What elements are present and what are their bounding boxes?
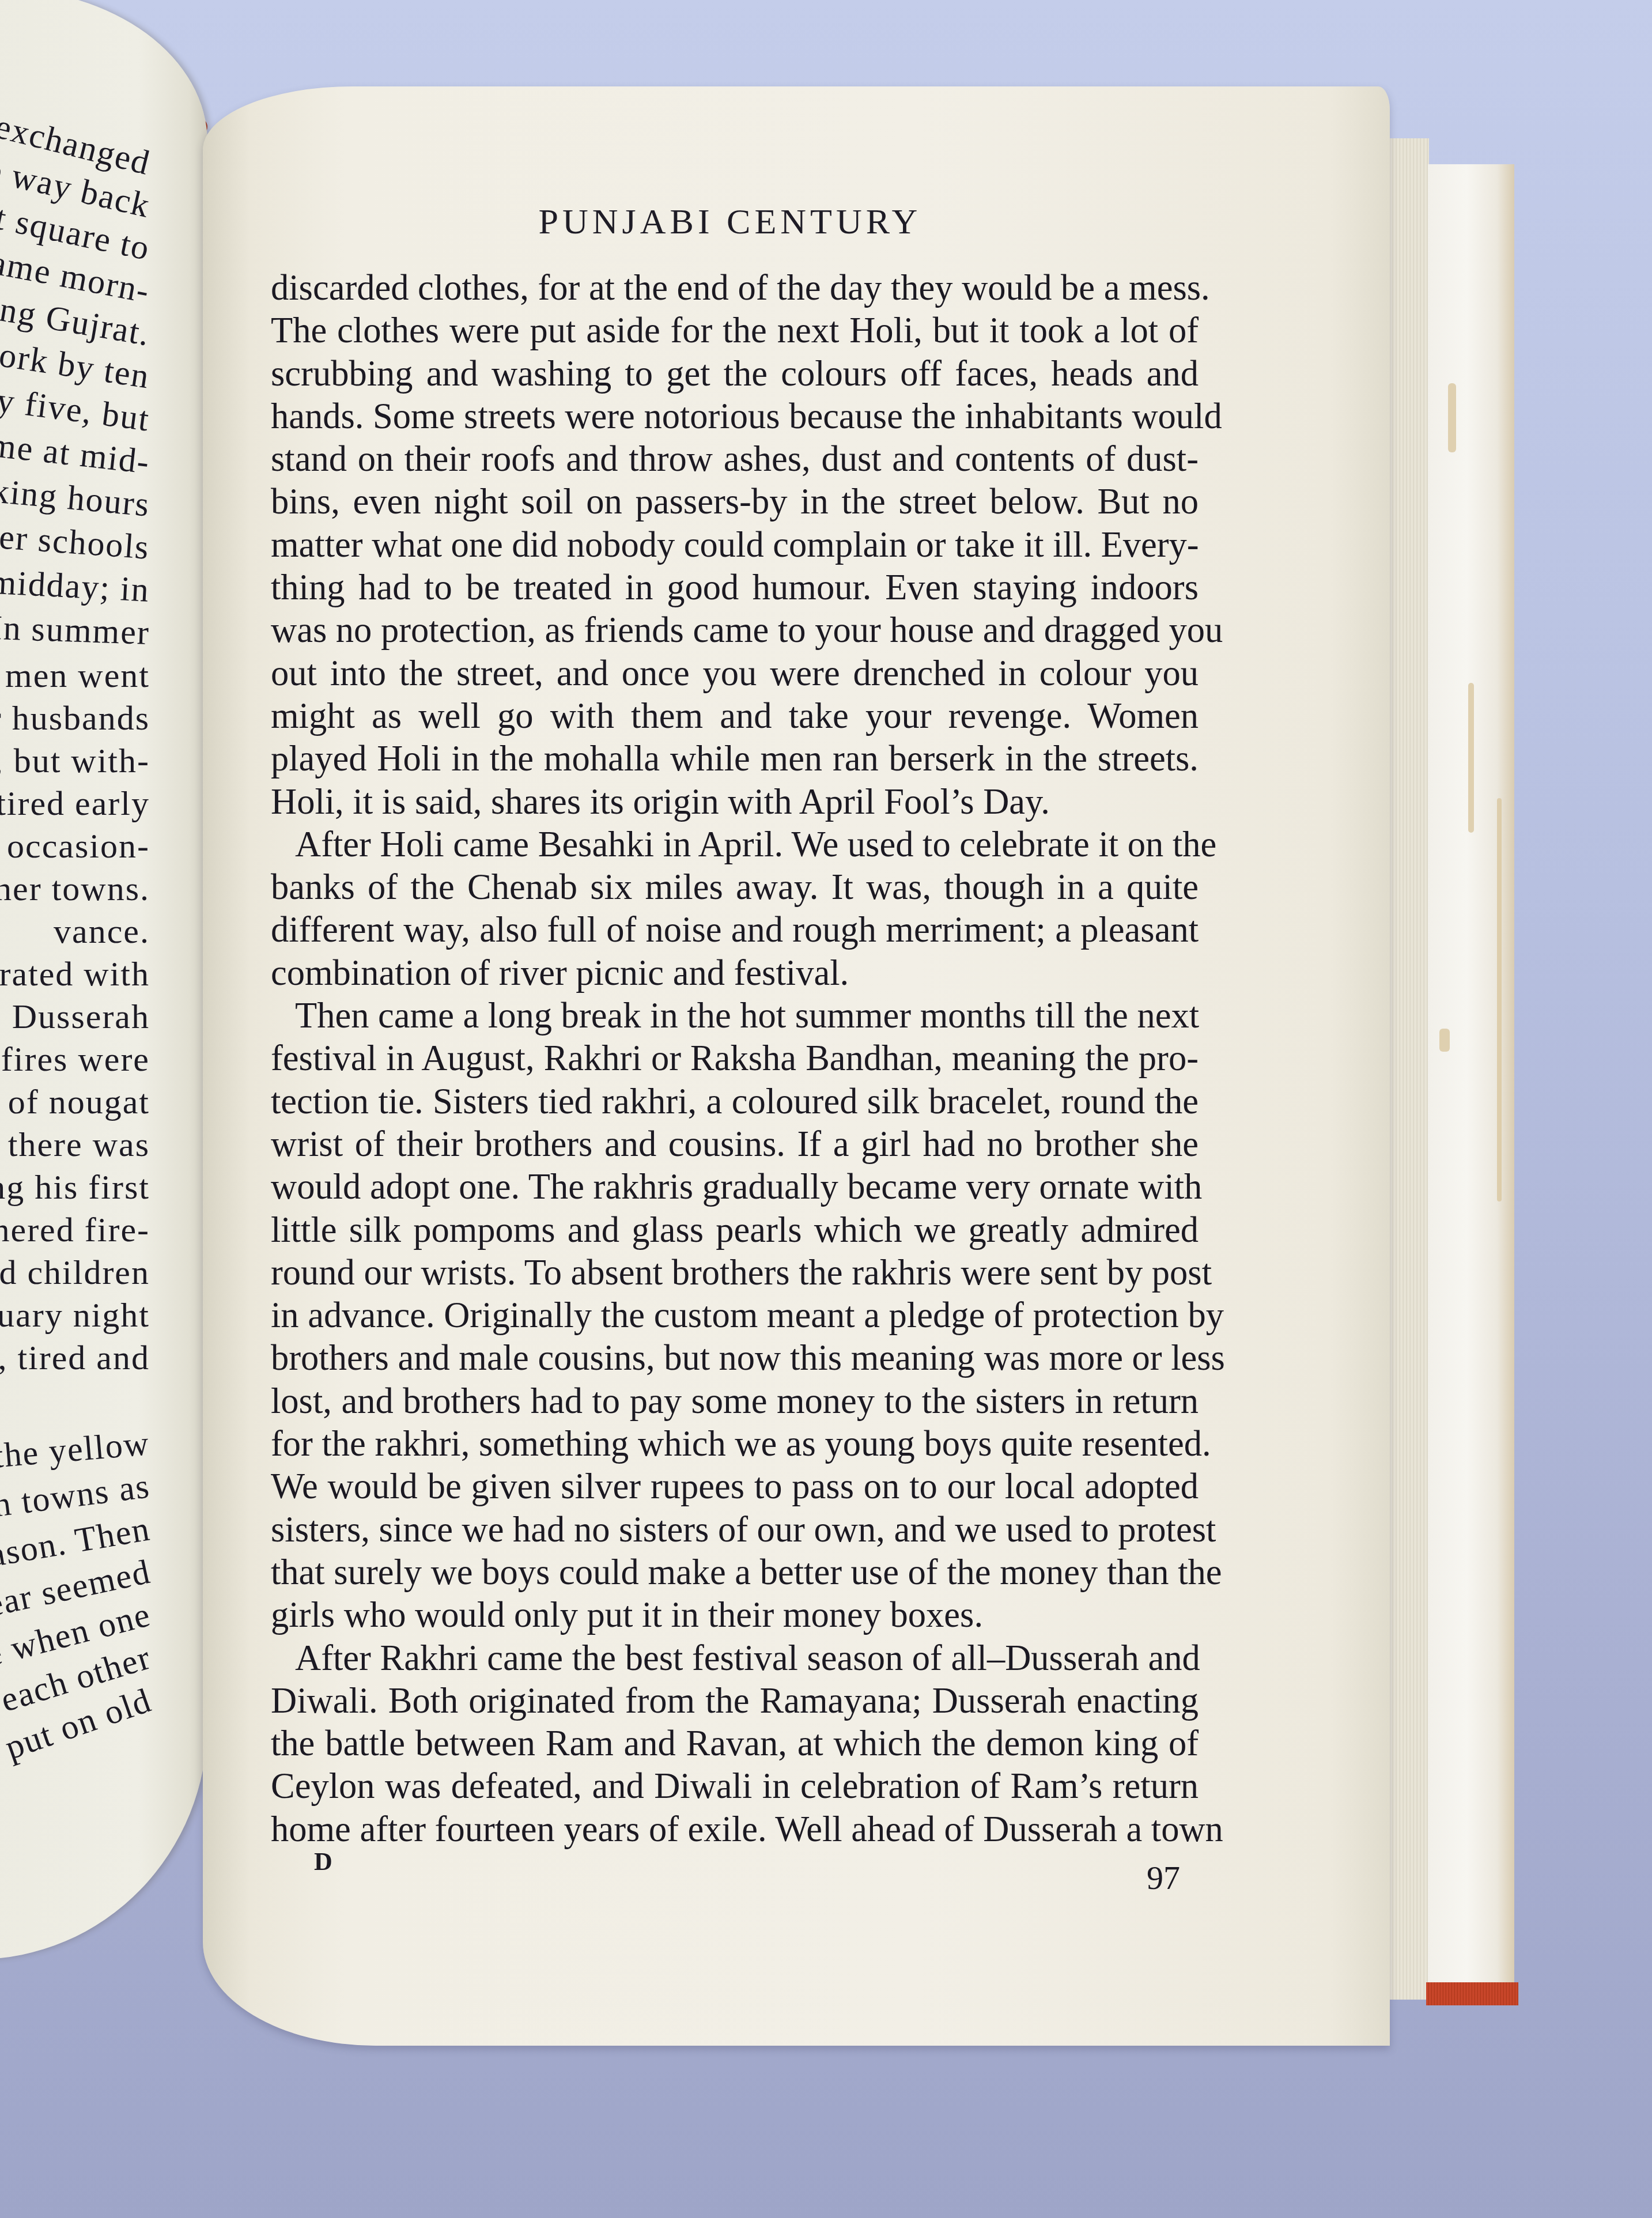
paragraph-start-line: Then came a long break in the hot summer… <box>271 994 1199 1037</box>
text-line: different way, also full of noise and ro… <box>271 908 1199 951</box>
left-page-line: and children <box>0 1253 150 1293</box>
book-photo: nd exchangedthe way backrket square toe … <box>0 0 1652 2218</box>
text-line: discarded clothes, for at the end of the… <box>271 266 1199 309</box>
text-line: the battle between Ram and Ravan, at whi… <box>271 1722 1199 1764</box>
page-body-text: discarded clothes, for at the end of the… <box>271 266 1199 1850</box>
text-line: home after fourteen years of exile. Well… <box>271 1808 1199 1850</box>
text-line: banks of the Chenab six miles away. It w… <box>271 866 1199 908</box>
text-line: would adopt one. The rakhris gradually b… <box>271 1165 1199 1208</box>
text-line: hands. Some streets were notorious becau… <box>271 395 1199 437</box>
text-line: that surely we boys could make a better … <box>271 1551 1199 1593</box>
text-line: Ceylon was defeated, and Diwali in celeb… <box>271 1764 1199 1807</box>
left-page-line: ving his first <box>0 1167 150 1207</box>
left-page-line: hri, Dusserah <box>0 997 150 1037</box>
text-line: lost, and brothers had to pay some money… <box>271 1380 1199 1422</box>
stain <box>1439 1029 1450 1052</box>
text-line: out into the street, and once you were d… <box>271 652 1199 694</box>
text-line: Diwali. Both originated from the Ramayan… <box>271 1679 1199 1722</box>
left-page-line: ets of nougat <box>0 1082 150 1122</box>
text-line: thing had to be treated in good humour. … <box>271 566 1199 609</box>
text-line: played Holi in the mohalla while men ran… <box>271 737 1199 780</box>
left-page-line: at midday; in <box>0 560 151 610</box>
left-page-line: other towns. <box>0 869 150 909</box>
text-line: matter what one did nobody could complai… <box>271 523 1199 566</box>
left-page-line: ped, tired and <box>0 1338 150 1378</box>
text-line: tection tie. Sisters tied rakhri, a colo… <box>271 1080 1199 1123</box>
left-page-line: vance. <box>54 912 150 951</box>
left-page-line: nd there was <box>0 1125 150 1165</box>
left-page: nd exchangedthe way backrket square toe … <box>0 0 207 1959</box>
text-line: little silk pompoms and glass pearls whi… <box>271 1208 1199 1251</box>
left-page-line: gathered fire- <box>0 1210 150 1250</box>
cloth-binding <box>1426 1982 1518 2005</box>
left-page-line: ds, but with- <box>0 741 150 781</box>
left-page-line: retired early <box>0 784 150 823</box>
left-page-line: he men went <box>0 656 150 696</box>
text-line: might as well go with them and take your… <box>271 694 1199 737</box>
left-page-line: nner husbands <box>0 698 150 738</box>
text-line: was no protection, as friends came to yo… <box>271 609 1199 651</box>
text-line: The clothes were put aside for the next … <box>271 309 1199 352</box>
stain <box>1448 383 1456 452</box>
text-line: bins, even night soil on passers-by in t… <box>271 480 1199 523</box>
text-line: Holi, it is said, shares its origin with… <box>271 780 1199 823</box>
text-line: brothers and male cousins, but now this … <box>271 1336 1199 1379</box>
text-line: We would be given silver rupees to pass … <box>271 1465 1199 1507</box>
text-line: sisters, since we had no sisters of our … <box>271 1508 1199 1551</box>
left-page-line: ned occasion- <box>0 826 150 866</box>
text-line: round our wrists. To absent brothers the… <box>271 1251 1199 1294</box>
left-page-line: bonfires were <box>0 1040 150 1079</box>
paragraph-start-line: After Rakhri came the best festival seas… <box>271 1637 1199 1679</box>
text-line: combination of river picnic and festival… <box>271 951 1199 994</box>
text-line: in advance. Originally the custom meant … <box>271 1294 1199 1336</box>
text-line: festival in August, Rakhri or Raksha Ban… <box>271 1037 1199 1079</box>
stain <box>1468 683 1474 833</box>
text-line: scrubbing and washing to get the colours… <box>271 352 1199 395</box>
running-head: PUNJABI CENTURY <box>203 202 1257 243</box>
left-page-line: ebrated with <box>0 954 150 994</box>
signature-mark: D <box>314 1847 332 1876</box>
stain <box>1497 798 1502 1201</box>
left-page-line: anuary night <box>0 1295 150 1335</box>
left-page-line: r. In summer <box>0 607 150 653</box>
text-line: stand on their roofs and throw ashes, du… <box>271 437 1199 480</box>
book-cover-edge <box>1428 164 1514 2002</box>
text-line: girls who would only put it in their mon… <box>271 1593 1199 1636</box>
paragraph-start-line: After Holi came Besahki in April. We use… <box>271 823 1199 866</box>
page-number: 97 <box>1147 1858 1180 1897</box>
text-line: for the rakhri, something which we as yo… <box>271 1422 1199 1465</box>
text-line: wrist of their brothers and cousins. If … <box>271 1123 1199 1165</box>
